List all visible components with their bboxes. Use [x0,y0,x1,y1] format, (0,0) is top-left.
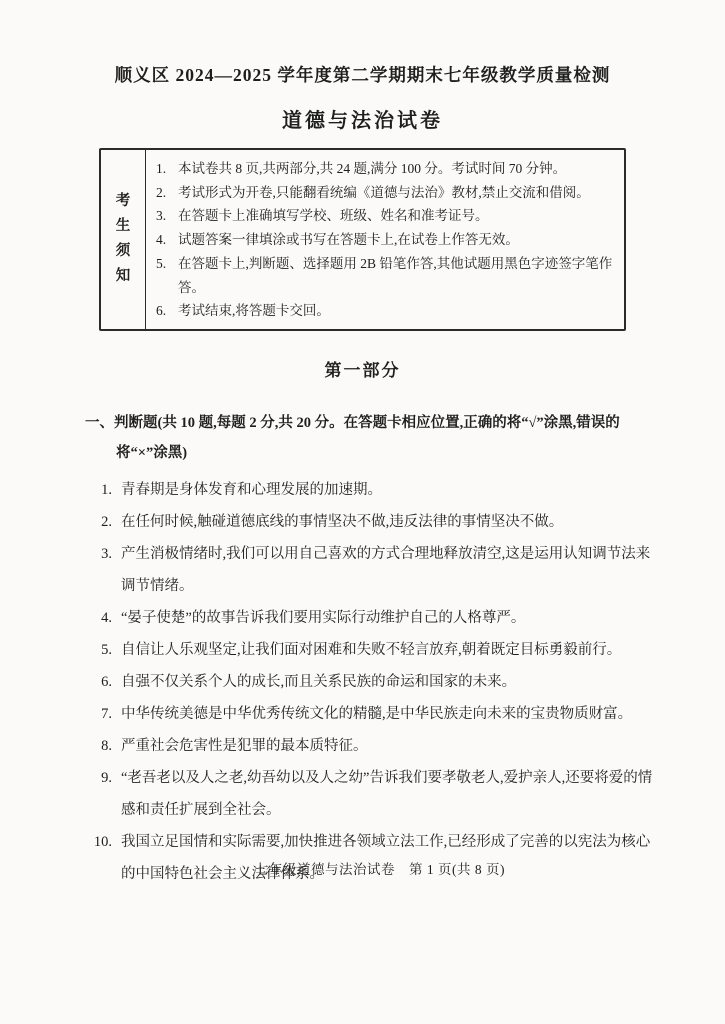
notice-item-text: 在答题卡上,判断题、选择题用 2B 铅笔作答,其他试题用黑色字迹签字笔作答。 [178,252,616,299]
question-row: 6. 自强不仅关系个人的成长,而且关系民族的命运和国家的未来。 [88,666,657,698]
notice-item: 4. 试题答案一律填涂或书写在答题卡上,在试卷上作答无效。 [156,228,616,252]
question-number: 5. [88,634,112,666]
question-text: 自信让人乐观坚定,让我们面对困难和失败不轻言放弃,朝着既定目标勇毅前行。 [121,634,657,666]
page-footer: 七年级道德与法治试卷 第 1 页(共 8 页) [0,858,725,878]
notice-item: 6. 考试结束,将答题卡交回。 [156,299,616,323]
question-row: 9. “老吾老以及人之老,幼吾幼以及人之幼”告诉我们要孝敬老人,爱护亲人,还要将… [88,762,657,826]
question-row: 8. 严重社会危害性是犯罪的最本质特征。 [88,730,657,762]
question-number: 1. [88,474,112,506]
notice-label: 考生须知 [116,189,131,289]
question-number: 9. [88,762,112,826]
notice-item-number: 2. [156,181,172,205]
question-number: 4. [88,602,112,634]
notice-item-number: 3. [156,204,172,228]
question-text: “老吾老以及人之老,幼吾幼以及人之幼”告诉我们要孝敬老人,爱护亲人,还要将爱的情… [121,762,657,826]
part-one-heading: 第一部分 [0,356,725,381]
notice-item-number: 6. [156,299,172,323]
question-row: 4. “晏子使楚”的故事告诉我们要用实际行动维护自己的人格尊严。 [88,602,657,634]
notice-item: 1. 本试卷共 8 页,共两部分,共 24 题,满分 100 分。考试时间 70… [156,157,616,181]
notice-label-cell: 考生须知 [101,150,146,329]
question-row: 7. 中华传统美德是中华优秀传统文化的精髓,是中华民族走向未来的宝贵物质财富。 [88,698,657,730]
notice-item: 5. 在答题卡上,判断题、选择题用 2B 铅笔作答,其他试题用黑色字迹签字笔作答… [156,252,616,299]
question-list: 1. 青春期是身体发育和心理发展的加速期。 2. 在任何时候,触碰道德底线的事情… [88,474,657,890]
notice-item-number: 5. [156,252,172,299]
question-number: 3. [88,538,112,602]
question-text: 产生消极情绪时,我们可以用自己喜欢的方式合理地释放清空,这是运用认知调节法来调节… [121,538,657,602]
question-number: 7. [88,698,112,730]
question-row: 2. 在任何时候,触碰道德底线的事情坚决不做,违反法律的事情坚决不做。 [88,506,657,538]
notice-item-number: 4. [156,228,172,252]
question-number: 6. [88,666,112,698]
notice-item-text: 考试形式为开卷,只能翻看统编《道德与法治》教材,禁止交流和借阅。 [178,181,616,205]
notice-item-text: 本试卷共 8 页,共两部分,共 24 题,满分 100 分。考试时间 70 分钟… [178,157,616,181]
question-text: “晏子使楚”的故事告诉我们要用实际行动维护自己的人格尊严。 [121,602,657,634]
question-text: 在任何时候,触碰道德底线的事情坚决不做,违反法律的事情坚决不做。 [121,506,657,538]
question-row: 3. 产生消极情绪时,我们可以用自己喜欢的方式合理地释放清空,这是运用认知调节法… [88,538,657,602]
page-subtitle: 道德与法治试卷 [0,104,725,133]
question-text: 自强不仅关系个人的成长,而且关系民族的命运和国家的未来。 [121,666,657,698]
question-number: 2. [88,506,112,538]
question-text: 青春期是身体发育和心理发展的加速期。 [121,474,657,506]
notice-item-text: 在答题卡上准确填写学校、班级、姓名和准考证号。 [178,204,616,228]
question-text: 严重社会危害性是犯罪的最本质特征。 [121,730,657,762]
notice-item: 2. 考试形式为开卷,只能翻看统编《道德与法治》教材,禁止交流和借阅。 [156,181,616,205]
notice-item-text: 试题答案一律填涂或书写在答题卡上,在试卷上作答无效。 [178,228,616,252]
section-one-title: 一、判断题(共 10 题,每题 2 分,共 20 分。在答题卡相应位置,正确的将… [85,408,663,469]
notice-item: 3. 在答题卡上准确填写学校、班级、姓名和准考证号。 [156,204,616,228]
question-row: 5. 自信让人乐观坚定,让我们面对困难和失败不轻言放弃,朝着既定目标勇毅前行。 [88,634,657,666]
question-text: 中华传统美德是中华优秀传统文化的精髓,是中华民族走向未来的宝贵物质财富。 [121,698,657,730]
notice-item-number: 1. [156,157,172,181]
candidate-notice-box: 考生须知 1. 本试卷共 8 页,共两部分,共 24 题,满分 100 分。考试… [99,148,626,331]
question-number: 8. [88,730,112,762]
notice-items: 1. 本试卷共 8 页,共两部分,共 24 题,满分 100 分。考试时间 70… [146,150,624,329]
page-title: 顺义区 2024—2025 学年度第二学期期末七年级教学质量检测 [0,62,725,87]
question-row: 1. 青春期是身体发育和心理发展的加速期。 [88,474,657,506]
notice-item-text: 考试结束,将答题卡交回。 [178,299,616,323]
